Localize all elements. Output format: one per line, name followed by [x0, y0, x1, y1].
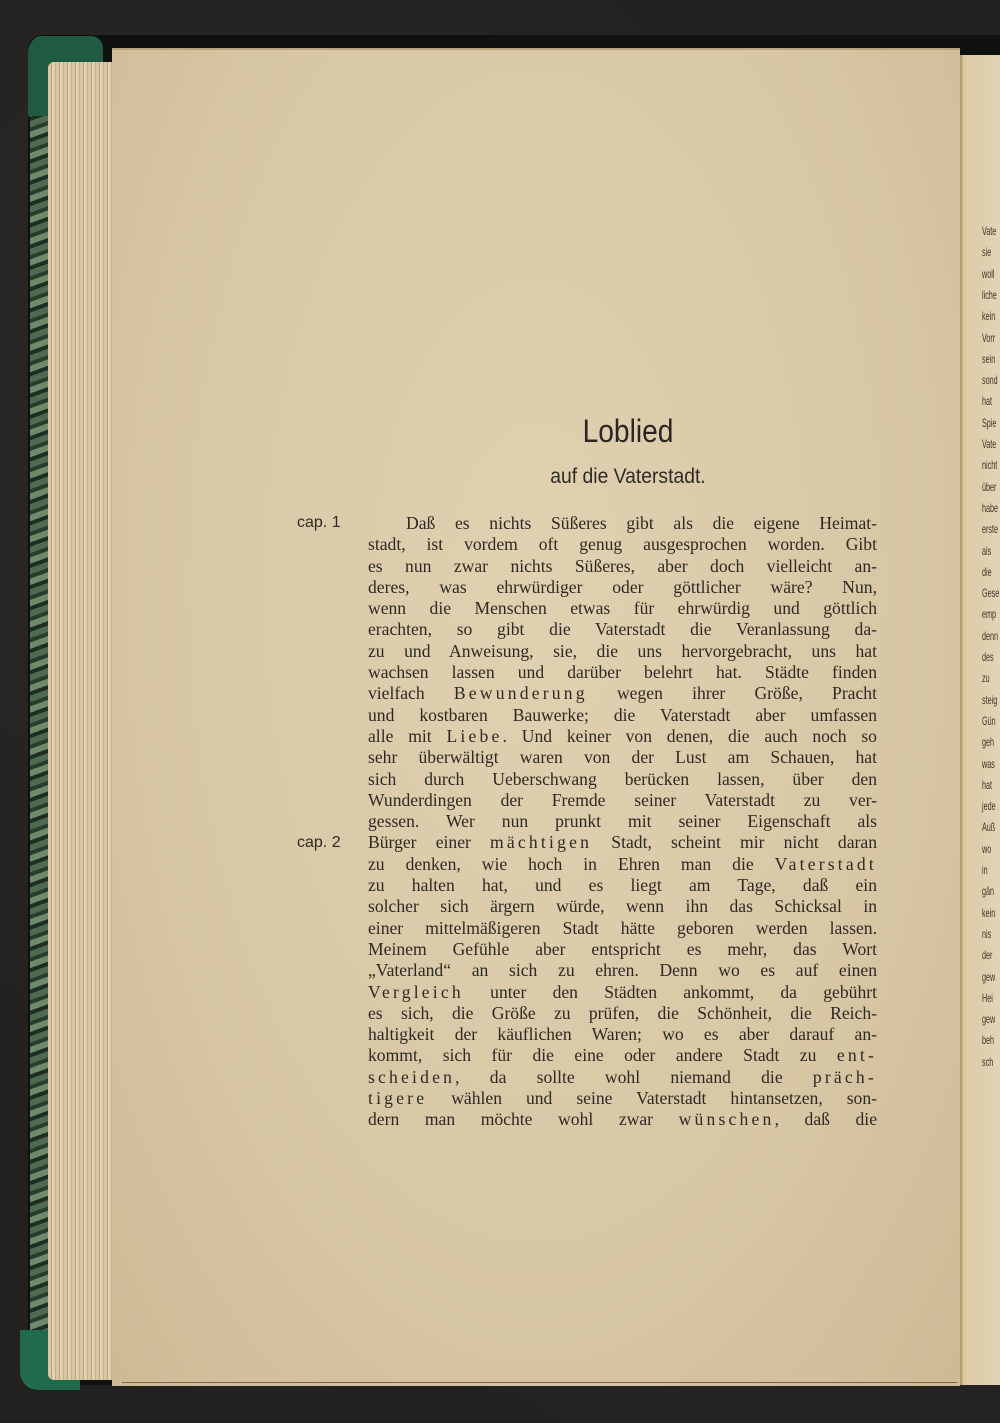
text-line: vielfach Bewunderung wegen ihrer Größe, … [368, 683, 877, 704]
adjacent-page-text: sch [982, 1056, 993, 1068]
adjacent-page-text: in [982, 864, 988, 876]
text-line: solcher sich ärgern würde, wenn ihn das … [368, 896, 877, 917]
adjacent-page-text: kein [982, 907, 995, 919]
text-line: wachsen lassen und darüber belehrt hat. … [368, 662, 877, 683]
text-line: Bürger einer mächtigen Stadt, scheint mi… [368, 832, 877, 853]
adjacent-page-text: kein [982, 310, 995, 322]
text-segment: sich durch Ueberschwang berücken lassen,… [368, 769, 877, 789]
text-line: Daß es nichts Süßeres gibt als die eigen… [368, 513, 877, 534]
adjacent-page-text: woll [982, 268, 994, 280]
text-segment: zu denken, wie hoch in Ehren man die [368, 854, 775, 874]
text-segment: dern man möchte wohl zwar [368, 1109, 679, 1129]
text-segment: , da sollte wohl niemand die [455, 1067, 813, 1087]
adjacent-page-text: über [982, 481, 996, 493]
text-line: zu denken, wie hoch in Ehren man die Vat… [368, 854, 877, 875]
adjacent-page-text: des [982, 651, 994, 663]
page-title: Loblied [399, 413, 857, 450]
text-segment: Bürger einer [368, 832, 490, 852]
adjacent-page-text: erste [982, 523, 998, 535]
text-segment: erachten, so gibt die Vaterstadt die Ver… [368, 619, 877, 639]
adjacent-page-text: gän [982, 885, 994, 897]
text-line: zu und Anweisung, sie, die uns hervorgeb… [368, 641, 877, 662]
adjacent-page-text: beh [982, 1034, 994, 1046]
emphasized-text: Bewunderung [454, 683, 588, 703]
text-segment: zu und Anweisung, sie, die uns hervorgeb… [368, 641, 877, 661]
adjacent-page-text: Spie [982, 417, 996, 429]
text-line: es sich, die Größe zu prüfen, die Schönh… [368, 1003, 877, 1024]
text-line: sehr überwältigt waren von der Lust am S… [368, 747, 877, 768]
text-line: dern man möchte wohl zwar wünschen, daß … [368, 1109, 877, 1130]
text-segment: wählen und seine Vaterstadt hintansetzen… [427, 1088, 877, 1108]
adjacent-page-text: zu [982, 672, 990, 684]
text-segment: „Vaterland“ an sich zu ehren. Denn wo es… [368, 960, 877, 980]
page-edges [48, 62, 120, 1380]
text-line: zu halten hat, und es liegt am Tage, daß… [368, 875, 877, 896]
text-segment: deres, was ehrwürdiger oder göttlicher w… [368, 577, 877, 597]
page-bottom-edge [122, 1382, 957, 1383]
adjacent-page-text: denn [982, 630, 998, 642]
adjacent-page-text: emp [982, 608, 996, 620]
text-line: stadt, ist vordem oft genug ausgesproche… [368, 534, 877, 555]
text-line: deres, was ehrwürdiger oder göttlicher w… [368, 577, 877, 598]
text-segment: zu halten hat, und es liegt am Tage, daß… [368, 875, 877, 895]
text-segment: kommt, sich für die eine oder andere Sta… [368, 1045, 837, 1065]
text-line: Meinem Gefühle aber entspricht es mehr, … [368, 939, 877, 960]
adjacent-page-text: habe [982, 502, 998, 514]
text-line: kommt, sich für die eine oder andere Sta… [368, 1045, 877, 1066]
emphasized-text: wünschen [679, 1109, 775, 1129]
text-line: tigere wählen und seine Vaterstadt hinta… [368, 1088, 877, 1109]
adjacent-page-text: hat [982, 779, 992, 791]
adjacent-page-text: der [982, 949, 992, 961]
adjacent-page-text: Gün [982, 715, 996, 727]
text-segment: haltigkeit der käuflichen Waren; wo es a… [368, 1024, 877, 1044]
text-segment: alle mit [368, 726, 446, 746]
text-segment: vielfach [368, 683, 454, 703]
text-line: erachten, so gibt die Vaterstadt die Ver… [368, 619, 877, 640]
adjacent-page-text: gew [982, 1013, 995, 1025]
text-line: gessen. Wer nun prunkt mit seiner Eigens… [368, 811, 877, 832]
body-text: Daß es nichts Süßeres gibt als die eigen… [368, 513, 877, 1131]
text-segment: , daß die [775, 1109, 877, 1129]
text-segment: stadt, ist vordem oft genug ausgesproche… [368, 534, 877, 554]
page-subtitle: auf die Vaterstadt. [389, 465, 867, 489]
adjacent-page-text: nis [982, 928, 991, 940]
adjacent-page-text: Vorr [982, 332, 995, 344]
text-segment: unter den Städten ankommt, da gebührt [464, 982, 877, 1002]
adjacent-page-text: steig [982, 694, 997, 706]
text-segment: Meinem Gefühle aber entspricht es mehr, … [368, 939, 877, 959]
text-line: haltigkeit der käuflichen Waren; wo es a… [368, 1024, 877, 1045]
text-segment: Wunderdingen der Fremde seiner Vaterstad… [368, 790, 877, 810]
text-segment: gessen. Wer nun prunkt mit seiner Eigens… [368, 811, 877, 831]
text-segment: einer mittelmäßigeren Stadt hätte gebore… [368, 918, 877, 938]
emphasized-text: Vaterstadt [775, 854, 877, 874]
text-segment: wegen ihrer Größe, Pracht [588, 683, 877, 703]
chapter-marginal-note: cap. 1 [297, 514, 341, 532]
adjacent-page-text: sond [982, 374, 998, 386]
text-line: Vergleich unter den Städten ankommt, da … [368, 982, 877, 1003]
text-segment: wenn die Menschen etwas für ehrwürdig un… [368, 598, 877, 618]
adjacent-page-text: Hei [982, 992, 993, 1004]
adjacent-page: VatesiewolllichekeinVorrseinsondhatSpieV… [960, 55, 1000, 1385]
text-segment: es sich, die Größe zu prüfen, die Schönh… [368, 1003, 877, 1023]
emphasized-text: scheiden [368, 1067, 455, 1087]
adjacent-page-text: geh [982, 736, 994, 748]
adjacent-page-text: liche [982, 289, 997, 301]
emphasized-text: präch- [813, 1067, 877, 1087]
text-segment: wachsen lassen und darüber belehrt hat. … [368, 662, 877, 682]
text-line: einer mittelmäßigeren Stadt hätte gebore… [368, 918, 877, 939]
text-segment: Stadt, scheint mir nicht daran [592, 832, 877, 852]
text-segment: Daß es nichts Süßeres gibt als die eigen… [406, 513, 877, 533]
text-segment: solcher sich ärgern würde, wenn ihn das … [368, 896, 877, 916]
adjacent-page-text: was [982, 758, 995, 770]
chapter-marginal-note: cap. 2 [297, 834, 341, 852]
adjacent-page-text: Vate [982, 438, 996, 450]
adjacent-page-text: als [982, 545, 991, 557]
adjacent-page-text: jede [982, 800, 996, 812]
text-segment: und kostbaren Bauwerke; die Vaterstadt a… [368, 705, 877, 725]
text-line: sich durch Ueberschwang berücken lassen,… [368, 769, 877, 790]
adjacent-page-text: hat [982, 395, 992, 407]
text-line: „Vaterland“ an sich zu ehren. Denn wo es… [368, 960, 877, 981]
adjacent-page-text: Auß [982, 821, 995, 833]
emphasized-text: ent- [837, 1045, 877, 1065]
adjacent-page-text: nicht [982, 459, 997, 471]
adjacent-page-text: sein [982, 353, 995, 365]
text-line: es nun zwar nichts Süßeres, aber doch vi… [368, 556, 877, 577]
text-line: scheiden, da sollte wohl niemand die prä… [368, 1067, 877, 1088]
text-segment: . Und keiner von denen, die auch noch so [503, 726, 877, 746]
adjacent-page-text: sie [982, 246, 991, 258]
adjacent-page-text: Gese [982, 587, 999, 599]
adjacent-page-text: wo [982, 843, 991, 855]
adjacent-page-text: Vate [982, 225, 996, 237]
adjacent-page-text: die [982, 566, 992, 578]
text-line: alle mit Liebe. Und keiner von denen, di… [368, 726, 877, 747]
text-line: und kostbaren Bauwerke; die Vaterstadt a… [368, 705, 877, 726]
emphasized-text: tigere [368, 1088, 427, 1108]
text-line: wenn die Menschen etwas für ehrwürdig un… [368, 598, 877, 619]
text-segment: es nun zwar nichts Süßeres, aber doch vi… [368, 556, 877, 576]
text-segment: sehr überwältigt waren von der Lust am S… [368, 747, 877, 767]
text-line: Wunderdingen der Fremde seiner Vaterstad… [368, 790, 877, 811]
emphasized-text: mächtigen [490, 832, 592, 852]
adjacent-page-text: gew [982, 971, 995, 983]
emphasized-text: Vergleich [368, 982, 464, 1002]
emphasized-text: Liebe [446, 726, 502, 746]
